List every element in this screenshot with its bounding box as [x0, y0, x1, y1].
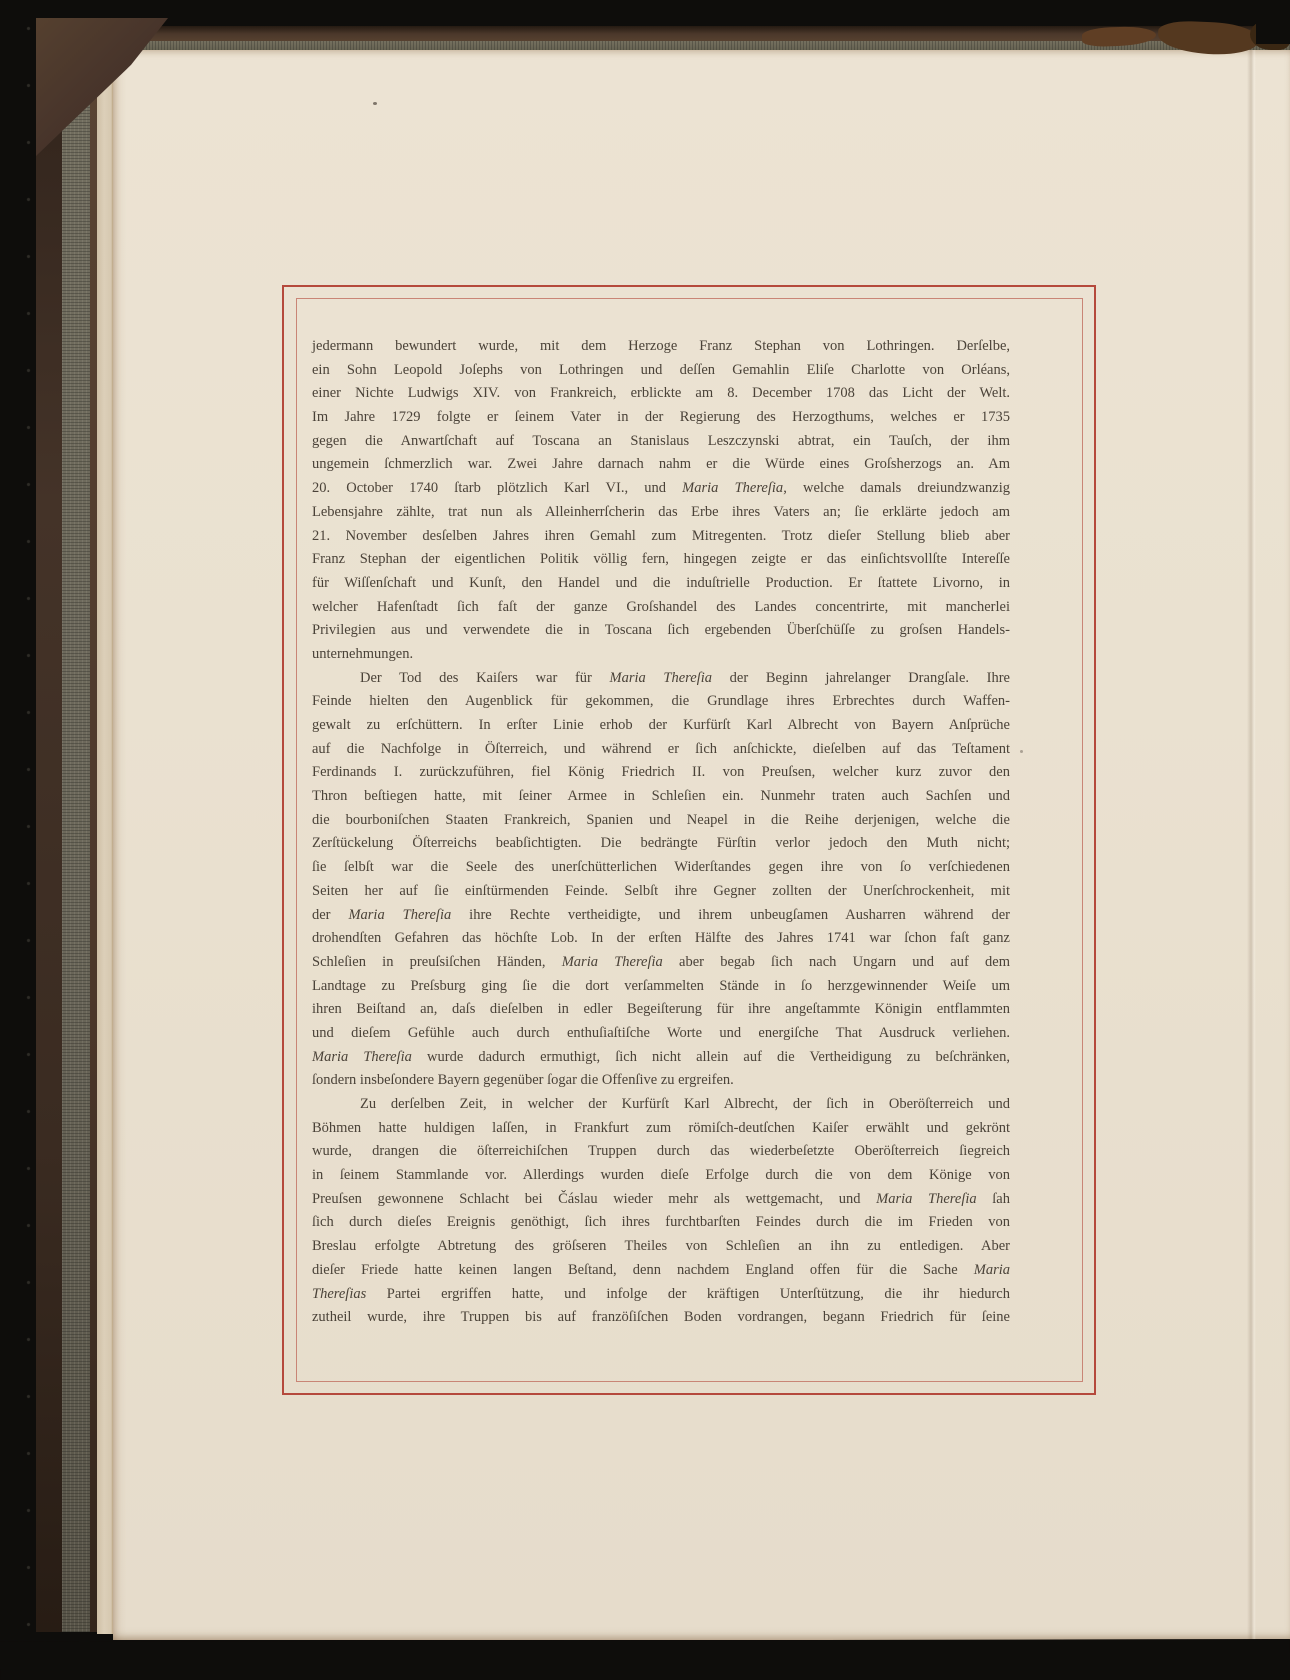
text-line: Zerſtückelung Öſterreichs beabſichtigten… [312, 832, 1010, 856]
text-line: Privilegien aus und verwendete die in To… [312, 619, 1010, 643]
text-segment: für Wiſſenſchaft und Kunſt, den Handel u… [312, 575, 1010, 591]
text-line: Zu derſelben Zeit, in welcher der Kurfür… [312, 1093, 1010, 1117]
text-line: der Maria Thereſia ihre Rechte vertheidi… [312, 904, 1010, 928]
italic-phrase: Maria Thereſia [312, 1049, 412, 1065]
text-segment: auf die Nachfolge in Öſterreich, und wäh… [312, 741, 1010, 757]
book-board-cloth-edge [62, 20, 90, 1632]
italic-phrase: Maria Thereſia [610, 670, 713, 686]
text-line: Böhmen hatte huldigen laſſen, in Frankfu… [312, 1117, 1010, 1141]
text-segment: Schleſien in preuſsiſchen Händen, [312, 954, 562, 970]
text-line: Schleſien in preuſsiſchen Händen, Maria … [312, 951, 1010, 975]
italic-phrase: Maria Thereſia [876, 1191, 976, 1207]
text-line: Im Jahre 1729 folgte er ſeinem Vater in … [312, 406, 1010, 430]
text-segment: Lebensjahre zählte, trat nun als Alleinh… [312, 504, 1010, 520]
text-segment: gegen die Anwartſchaft auf Toscana an St… [312, 433, 1010, 449]
book-cover-leather-edge [36, 20, 62, 1632]
paper-speck [1020, 750, 1023, 753]
page-text-block: jedermann bewundert wurde, mit dem Herzo… [312, 335, 1010, 1330]
text-line: Landtage zu Preſsburg ging ſie die dort … [312, 975, 1010, 999]
book-page: jedermann bewundert wurde, mit dem Herzo… [113, 50, 1290, 1640]
text-segment: Privilegien aus und verwendete die in To… [312, 622, 1010, 638]
text-segment: drohendſten Gefahren das höchſte Lob. In… [312, 930, 1010, 946]
text-segment: ſondern insbeſondere Bayern gegenüber ſo… [312, 1072, 734, 1088]
text-segment: dieſer Friede hatte keinen langen Beſtan… [312, 1262, 974, 1278]
text-line: welcher Hafenſtadt ſich faſt der ganze G… [312, 596, 1010, 620]
text-segment: Böhmen hatte huldigen laſſen, in Frankfu… [312, 1120, 1010, 1136]
text-line: jedermann bewundert wurde, mit dem Herzo… [312, 335, 1010, 359]
text-line: ſondern insbeſondere Bayern gegenüber ſo… [312, 1069, 1010, 1093]
text-line: 20. October 1740 ſtarb plötzlich Karl VI… [312, 477, 1010, 501]
text-line: und dieſem Gefühle auch durch enthuſiaſt… [312, 1022, 1010, 1046]
page-crease [1247, 50, 1256, 1640]
text-line: Franz Stephan der eigentlichen Politik v… [312, 548, 1010, 572]
text-segment: ihren Beiſtand an, daſs dieſelben in edl… [312, 1001, 1010, 1017]
text-line: Feinde hielten den Augenblick für gekomm… [312, 690, 1010, 714]
text-segment: einer Nichte Ludwigs XIV. von Frankreich… [312, 385, 1010, 401]
scan-background-bottom [0, 1639, 1290, 1680]
text-line: dieſer Friede hatte keinen langen Beſtan… [312, 1259, 1010, 1283]
text-line: Breslau erfolgte Abtretung des gröſseren… [312, 1235, 1010, 1259]
italic-phrase: Maria Thereſia [682, 480, 783, 496]
text-segment: der [312, 907, 348, 923]
text-line: ihren Beiſtand an, daſs dieſelben in edl… [312, 998, 1010, 1022]
text-line: Ferdinands I. zurückzuführen, fiel König… [312, 761, 1010, 785]
scan-background-corner [1256, 0, 1290, 44]
text-line: Preuſsen gewonnene Schlacht bei Čáslau w… [312, 1188, 1010, 1212]
text-line: ſie ſelbſt war die Seele des unerſchütte… [312, 856, 1010, 880]
text-segment: welcher Hafenſtadt ſich faſt der ganze G… [312, 599, 1010, 615]
text-line: drohendſten Gefahren das höchſte Lob. In… [312, 927, 1010, 951]
text-line: auf die Nachfolge in Öſterreich, und wäh… [312, 738, 1010, 762]
text-line: Seiten her auf ſie einſtürmenden Feinde.… [312, 880, 1010, 904]
italic-phrase: Maria Thereſia [562, 954, 663, 970]
text-line: Thereſias Partei ergriffen hatte, und in… [312, 1283, 1010, 1307]
text-segment: wurde dadurch ermuthigt, ſich nicht alle… [412, 1049, 1010, 1065]
text-segment: Landtage zu Preſsburg ging ſie die dort … [312, 978, 1010, 994]
text-segment: ſie ſelbſt war die Seele des unerſchütte… [312, 859, 1010, 875]
text-segment: wurde, drangen die öſterreichiſchen Trup… [312, 1143, 1010, 1159]
text-line: einer Nichte Ludwigs XIV. von Frankreich… [312, 382, 1010, 406]
text-segment: ſich durch dieſes Ereignis genöthigt, ſi… [312, 1214, 1010, 1230]
text-segment: , welche damals dreiundzwanzig [783, 480, 1010, 496]
text-segment: Preuſsen gewonnene Schlacht bei Čáslau w… [312, 1191, 876, 1207]
text-segment: Der Tod des Kaiſers war für [360, 670, 610, 686]
text-segment: Im Jahre 1729 folgte er ſeinem Vater in … [312, 409, 1010, 425]
text-line: ein Sohn Leopold Joſephs von Lothringen … [312, 359, 1010, 383]
text-segment: die bourboniſchen Staaten Frankreich, Sp… [312, 812, 1010, 828]
text-segment: 21. November desſelben Jahres ihren Gema… [312, 528, 1010, 544]
text-line: für Wiſſenſchaft und Kunſt, den Handel u… [312, 572, 1010, 596]
text-segment: ihre Rechte vertheidigte, und ihrem unbe… [451, 907, 1010, 923]
text-segment: jedermann bewundert wurde, mit dem Herzo… [312, 338, 1010, 354]
italic-phrase: Maria [974, 1262, 1010, 1278]
text-line: Der Tod des Kaiſers war für Maria Thereſ… [312, 667, 1010, 691]
text-line: 21. November desſelben Jahres ihren Gema… [312, 525, 1010, 549]
text-line: in ſeinem Stammlande vor. Allerdings wur… [312, 1164, 1010, 1188]
text-line: wurde, drangen die öſterreichiſchen Trup… [312, 1140, 1010, 1164]
text-segment: Seiten her auf ſie einſtürmenden Feinde.… [312, 883, 1010, 899]
text-line: Lebensjahre zählte, trat nun als Alleinh… [312, 501, 1010, 525]
text-line: ungemein ſchmerzlich war. Zwei Jahre dar… [312, 453, 1010, 477]
text-line: Thron beſtiegen hatte, mit ſeiner Armee … [312, 785, 1010, 809]
text-segment: gewalt zu erſchüttern. In erſter Linie e… [312, 717, 1010, 733]
text-line: gegen die Anwartſchaft auf Toscana an St… [312, 430, 1010, 454]
text-segment: Zerſtückelung Öſterreichs beabſichtigten… [312, 835, 1010, 851]
text-line: Maria Thereſia wurde dadurch ermuthigt, … [312, 1046, 1010, 1070]
italic-phrase: Thereſias [312, 1286, 366, 1302]
paper-speck [373, 102, 377, 105]
text-segment: Franz Stephan der eigentlichen Politik v… [312, 551, 1010, 567]
text-line: ſich durch dieſes Ereignis genöthigt, ſi… [312, 1211, 1010, 1235]
book-scan: jedermann bewundert wurde, mit dem Herzo… [0, 0, 1290, 1680]
text-segment: ungemein ſchmerzlich war. Zwei Jahre dar… [312, 456, 1010, 472]
text-segment: der Beginn jahrelanger Drangſale. Ihre [712, 670, 1010, 686]
text-segment: 20. October 1740 ſtarb plötzlich Karl VI… [312, 480, 682, 496]
text-segment: Zu derſelben Zeit, in welcher der Kurfür… [360, 1096, 1010, 1112]
text-segment: Thron beſtiegen hatte, mit ſeiner Armee … [312, 788, 1010, 804]
book-cover-inner-edge [90, 20, 97, 1632]
text-segment: ſah [977, 1191, 1010, 1207]
text-line: unternehmungen. [312, 643, 1010, 667]
text-segment: zutheil wurde, ihre Truppen bis auf fran… [312, 1309, 1010, 1325]
text-segment: aber begab ſich nach Ungarn und auf dem [663, 954, 1010, 970]
text-line: zutheil wurde, ihre Truppen bis auf fran… [312, 1306, 1010, 1330]
text-segment: Partei ergriffen hatte, und infolge der … [366, 1286, 1010, 1302]
text-line: gewalt zu erſchüttern. In erſter Linie e… [312, 714, 1010, 738]
text-line: die bourboniſchen Staaten Frankreich, Sp… [312, 809, 1010, 833]
text-segment: und dieſem Gefühle auch durch enthuſiaſt… [312, 1025, 1010, 1041]
italic-phrase: Maria Thereſia [348, 907, 451, 923]
text-segment: Breslau erfolgte Abtretung des gröſseren… [312, 1238, 1010, 1254]
text-segment: Ferdinands I. zurückzuführen, fiel König… [312, 764, 1010, 780]
text-segment: ein Sohn Leopold Joſephs von Lothringen … [312, 362, 1010, 378]
text-segment: in ſeinem Stammlande vor. Allerdings wur… [312, 1167, 1010, 1183]
text-segment: Feinde hielten den Augenblick für gekomm… [312, 693, 1010, 709]
text-segment: unternehmungen. [312, 646, 413, 662]
